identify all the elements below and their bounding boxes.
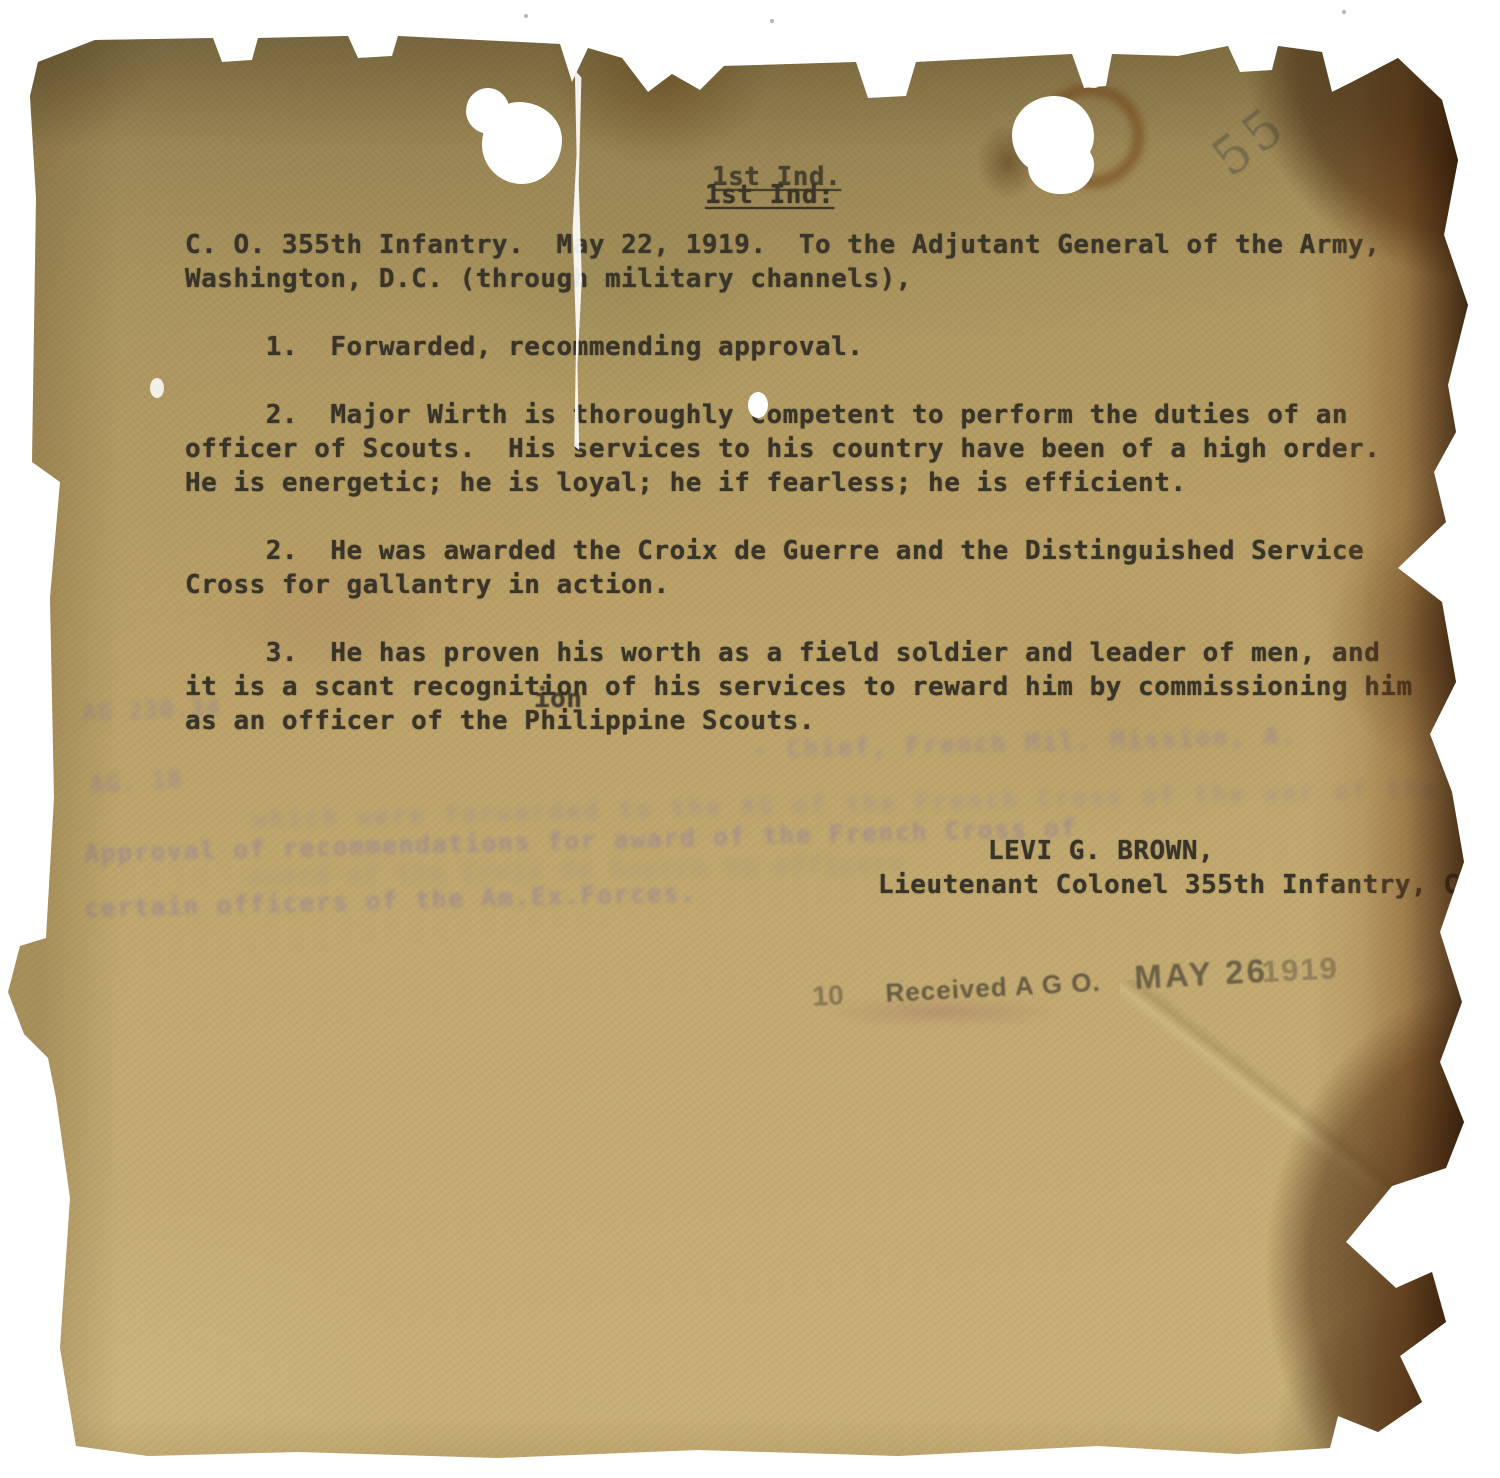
typed-line: 2. He was awarded the Croix de Guerre an… bbox=[185, 534, 1413, 568]
typed-body-text: C. O. 355th Infantry. May 22, 1919. To t… bbox=[185, 228, 1413, 738]
signature-name: LEVI G. BROWN, bbox=[988, 836, 1214, 866]
punch-hole-left-lobe bbox=[466, 88, 510, 134]
signature-title: Lieutenant Colonel 355th Infantry, C bbox=[878, 870, 1460, 900]
typed-line: officer of Scouts. His services to his c… bbox=[185, 432, 1413, 466]
typed-overstrike-fragment: ion bbox=[534, 684, 582, 714]
received-date-stamp: 10Received A G O.MAY 261919 bbox=[811, 948, 1339, 1014]
typed-line bbox=[185, 500, 1413, 534]
typed-line: 3. He has proven his worth as a field so… bbox=[185, 636, 1413, 670]
stamp-prefix: 10 bbox=[812, 979, 845, 1012]
typed-line bbox=[185, 602, 1413, 636]
pencil-page-number: 55 bbox=[1202, 95, 1299, 189]
torn-paper-sheet: AG 230.34- Chief, French Mil. Mission, A… bbox=[0, 0, 1500, 1478]
typed-line: 1. Forwarded, recommending approval. bbox=[185, 330, 1413, 364]
small-tear-hole bbox=[748, 392, 768, 418]
paper-crease bbox=[1120, 980, 1500, 1320]
background-speck bbox=[524, 14, 528, 18]
small-tear-hole bbox=[150, 378, 164, 398]
endorsement-heading-overstrike: 1st Ind: bbox=[705, 180, 834, 210]
ghost-stamp-line: AG. 18 bbox=[89, 765, 183, 799]
typed-line bbox=[185, 364, 1413, 398]
typed-line: it is a scant recognition of his service… bbox=[185, 670, 1413, 704]
stamp-year: 1919 bbox=[1261, 950, 1340, 989]
stamp-date: MAY 26 bbox=[1133, 952, 1268, 996]
punch-hole-right-lobe bbox=[1028, 138, 1094, 194]
stamp-label: Received A G O. bbox=[885, 967, 1102, 1008]
background-speck bbox=[770, 19, 774, 23]
typed-line: 2. Major Wirth is thoroughly competent t… bbox=[185, 398, 1413, 432]
scanned-document-page: AG 230.34- Chief, French Mil. Mission, A… bbox=[0, 0, 1500, 1478]
edge-tear-notch bbox=[1082, 62, 1104, 88]
typed-line bbox=[185, 296, 1413, 330]
typed-line: Cross for gallantry in action. bbox=[185, 568, 1413, 602]
typed-line: He is energetic; he is loyal; he if fear… bbox=[185, 466, 1413, 500]
background-speck bbox=[1342, 10, 1346, 14]
typed-line: Washington, D.C. (through military chann… bbox=[185, 262, 1413, 296]
typed-line: C. O. 355th Infantry. May 22, 1919. To t… bbox=[185, 228, 1413, 262]
typed-line: as an officer of the Philippine Scouts. bbox=[185, 704, 1413, 738]
